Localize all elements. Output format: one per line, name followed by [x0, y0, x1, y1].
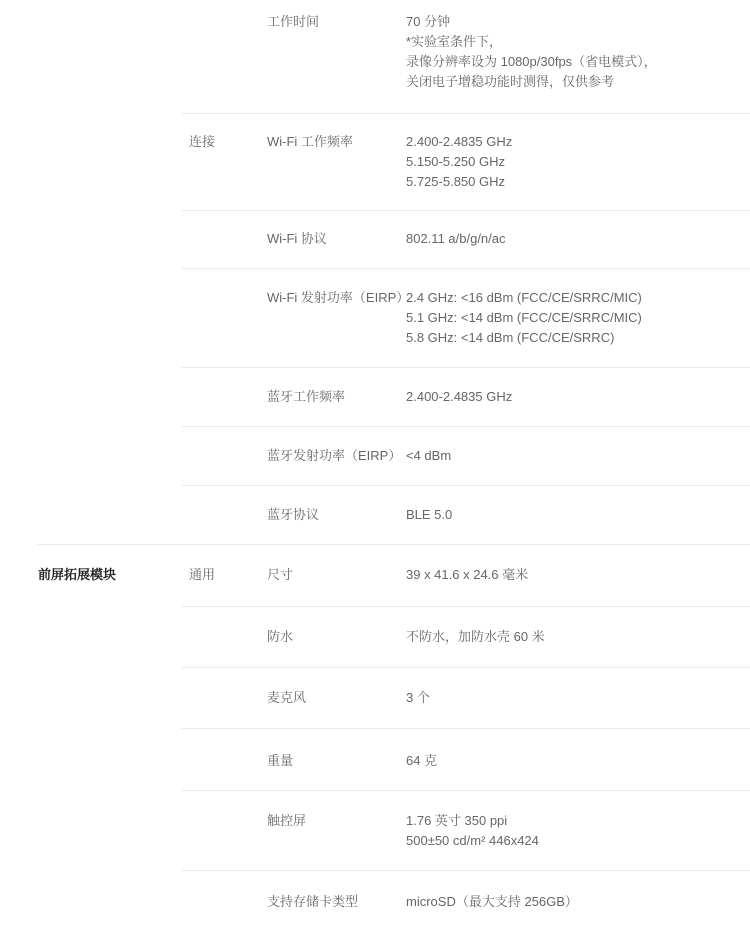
spec-value: microSD（最大支持 256GB）	[406, 892, 578, 912]
row-divider	[182, 268, 750, 269]
row-divider	[182, 113, 750, 114]
spec-label: Wi-Fi 协议	[267, 229, 327, 249]
row-divider	[182, 426, 750, 427]
spec-label: 尺寸	[267, 565, 293, 585]
row-divider	[182, 790, 750, 791]
spec-label: 蓝牙协议	[267, 505, 319, 525]
spec-value-line: 录像分辨率设为 1080p/30fps（省电模式），	[406, 52, 657, 72]
spec-value-line: 1.76 英寸 350 ppi	[406, 811, 539, 831]
spec-label: 重量	[267, 751, 293, 771]
spec-category: 连接	[189, 132, 215, 152]
spec-category: 通用	[189, 565, 215, 585]
spec-value-line: 2.400-2.4835 GHz	[406, 387, 512, 407]
spec-value-line: 不防水，加防水壳 60 米	[406, 627, 545, 647]
row-divider	[182, 367, 750, 368]
spec-label: Wi-Fi 发射功率（EIRP）	[267, 288, 409, 308]
spec-value-line: 关闭电子增稳功能时测得，仅供参考	[406, 72, 657, 92]
spec-label: 防水	[267, 627, 293, 647]
spec-value: 2.4 GHz: <16 dBm (FCC/CE/SRRC/MIC) 5.1 G…	[406, 288, 642, 348]
row-divider	[182, 870, 750, 871]
spec-label: 麦克风	[267, 688, 306, 708]
spec-label: 触控屏	[267, 811, 306, 831]
row-divider	[182, 485, 750, 486]
spec-value-line: 3 个	[406, 688, 430, 708]
section-divider	[38, 544, 750, 545]
spec-value-line: 5.1 GHz: <14 dBm (FCC/CE/SRRC/MIC)	[406, 308, 642, 328]
spec-value-line: 5.8 GHz: <14 dBm (FCC/CE/SRRC)	[406, 328, 642, 348]
spec-value: 70 分钟 *实验室条件下， 录像分辨率设为 1080p/30fps（省电模式）…	[406, 12, 657, 92]
spec-value: 39 x 41.6 x 24.6 毫米	[406, 565, 528, 585]
spec-value: 3 个	[406, 688, 430, 708]
row-divider	[182, 728, 750, 729]
spec-label: 支持存储卡类型	[267, 892, 358, 912]
spec-label: 蓝牙工作频率	[267, 387, 345, 407]
spec-value-line: 2.4 GHz: <16 dBm (FCC/CE/SRRC/MIC)	[406, 288, 642, 308]
spec-value: 2.400-2.4835 GHz	[406, 387, 512, 407]
spec-label: Wi-Fi 工作频率	[267, 132, 353, 152]
spec-value: 64 克	[406, 751, 437, 771]
spec-value: 不防水，加防水壳 60 米	[406, 627, 545, 647]
spec-value: 1.76 英寸 350 ppi 500±50 cd/m² 446x424	[406, 811, 539, 851]
spec-value-line: *实验室条件下，	[406, 32, 657, 52]
spec-value-line: BLE 5.0	[406, 505, 452, 525]
spec-value-line: 500±50 cd/m² 446x424	[406, 831, 539, 851]
spec-value: 802.11 a/b/g/n/ac	[406, 229, 506, 249]
spec-label: 工作时间	[267, 12, 319, 32]
spec-value-line: 2.400-2.4835 GHz	[406, 132, 512, 152]
spec-value-line: microSD（最大支持 256GB）	[406, 892, 578, 912]
spec-value: 2.400-2.4835 GHz 5.150-5.250 GHz 5.725-5…	[406, 132, 512, 192]
spec-value-line: 802.11 a/b/g/n/ac	[406, 229, 506, 249]
spec-value-line: 5.150-5.250 GHz	[406, 152, 512, 172]
spec-value-line: 39 x 41.6 x 24.6 毫米	[406, 565, 528, 585]
row-divider	[182, 606, 750, 607]
row-divider	[182, 210, 750, 211]
spec-value-line: 70 分钟	[406, 12, 657, 32]
row-divider	[182, 667, 750, 668]
spec-label: 蓝牙发射功率（EIRP）	[267, 446, 401, 466]
spec-value-line: <4 dBm	[406, 446, 451, 466]
spec-value: <4 dBm	[406, 446, 451, 466]
module-title: 前屏拓展模块	[38, 565, 116, 585]
spec-value-line: 5.725-5.850 GHz	[406, 172, 512, 192]
spec-value-line: 64 克	[406, 751, 437, 771]
spec-value: BLE 5.0	[406, 505, 452, 525]
